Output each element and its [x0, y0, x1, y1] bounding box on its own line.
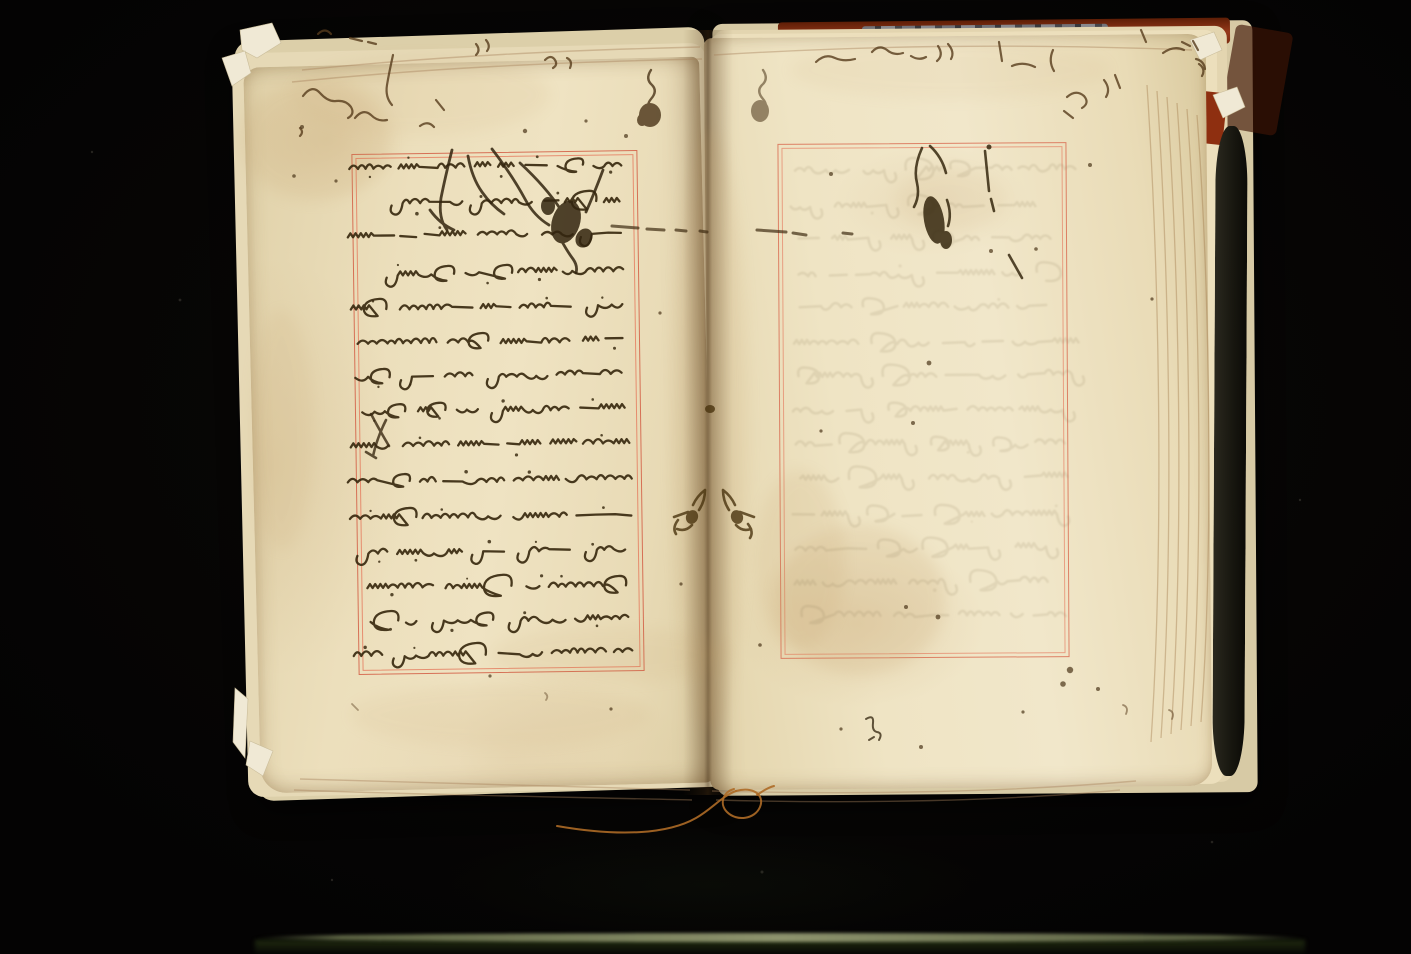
- manuscript-photo: [0, 0, 1411, 954]
- right-page-red-frame: [777, 142, 1069, 659]
- fore-edge-dark-band: [1212, 126, 1247, 776]
- table-edge-shadow: [255, 940, 1305, 954]
- table-edge-highlight: [255, 933, 1305, 942]
- table-reflection: [430, 830, 990, 940]
- gutter-shadow: [683, 30, 733, 795]
- left-page-red-frame: [351, 150, 644, 675]
